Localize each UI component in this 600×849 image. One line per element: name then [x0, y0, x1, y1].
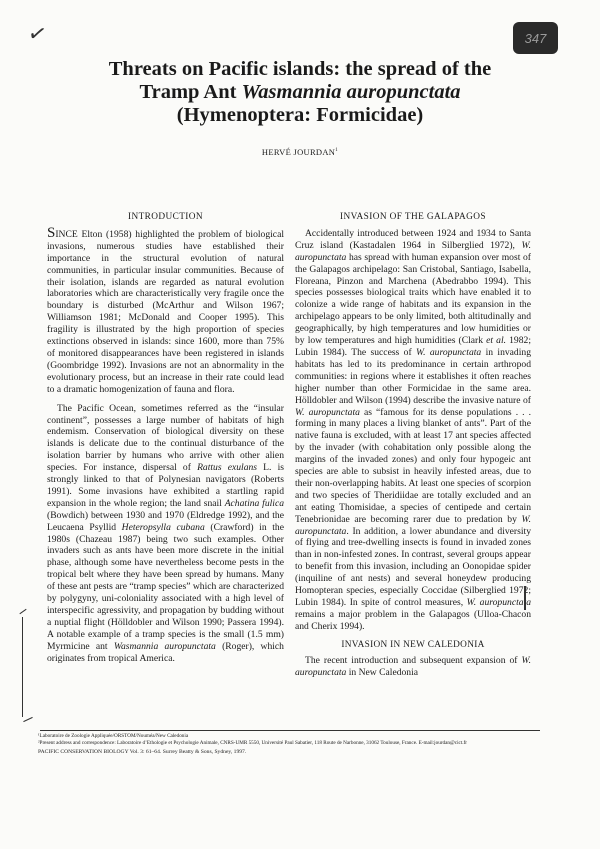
- title-line-1: Threats on Pacific islands: the spread o…: [109, 58, 491, 80]
- author-line: HERVÉ JOURDAN1: [0, 147, 600, 157]
- species-name: W. auropunctata: [416, 347, 481, 358]
- intro-p1-text: INCE Elton (1958) highlighted the proble…: [47, 229, 284, 395]
- species-name: W. auropunctata: [467, 597, 531, 608]
- text-run: (Crawford) in the 1980s (Chazeau 1987) b…: [47, 522, 284, 652]
- intro-paragraph-1: SINCE Elton (1958) highlighted the probl…: [47, 228, 284, 396]
- left-column: INTRODUCTION SINCE Elton (1958) highligh…: [47, 212, 284, 665]
- footnote-divider: [40, 730, 540, 731]
- text-run: remains a major problem in the Galapagos…: [295, 609, 531, 632]
- species-name: Wasmannia auropunctata: [114, 641, 216, 652]
- galapagos-heading: INVASION OF THE GALAPAGOS: [295, 212, 531, 224]
- handwritten-margin-line: [524, 586, 526, 610]
- new-caledonia-heading: INVASION IN NEW CALEDONIA: [295, 640, 531, 652]
- handwritten-bracket-mark: [22, 617, 35, 717]
- intro-paragraph-2: The Pacific Ocean, sometimes referred as…: [47, 403, 284, 665]
- text-run: as “famous for its dense populations . .…: [295, 407, 531, 525]
- text-run: The recent introduction and subsequent e…: [305, 655, 521, 666]
- text-run: has spread with human expansion over mos…: [295, 252, 531, 346]
- paper-title: Threats on Pacific islands: the spread o…: [60, 58, 540, 127]
- footnotes: ¹Laboratoire de Zoologie Appliquée/ORSTO…: [38, 733, 578, 756]
- author-footnote-mark: 1: [335, 148, 338, 153]
- galapagos-paragraph: Accidentally introduced between 1924 and…: [295, 228, 531, 633]
- species-name: Rattus exulans: [197, 462, 257, 473]
- title-line-3: (Hymenoptera: Formicidae): [177, 104, 424, 126]
- species-name: Heteropsylla cubana: [122, 522, 205, 533]
- text-run: Accidentally introduced between 1924 and…: [295, 228, 531, 251]
- title-line-2-prefix: Tramp Ant: [139, 81, 241, 103]
- author-name: HERVÉ JOURDAN: [262, 147, 335, 157]
- handwritten-check-icon: ✓: [26, 20, 49, 48]
- text-run: in New Caledonia: [346, 667, 418, 678]
- species-name: W. auropunctata: [295, 407, 360, 418]
- species-name: Achatina fulica: [225, 498, 284, 509]
- page-number-stamp: 347: [513, 22, 558, 54]
- right-column: INVASION OF THE GALAPAGOS Accidentally i…: [295, 212, 531, 678]
- et-al: et al.: [486, 335, 506, 346]
- introduction-heading: INTRODUCTION: [47, 212, 284, 224]
- title-species-name: Wasmannia auropunctata: [242, 81, 461, 103]
- journal-citation: PACIFIC CONSERVATION BIOLOGY Vol. 3: 61–…: [38, 749, 578, 756]
- text-run: . In addition, a lower abundance and div…: [295, 526, 531, 608]
- footnote-2: ²Present address and correspondence: Lab…: [38, 740, 578, 747]
- new-caledonia-paragraph: The recent introduction and subsequent e…: [295, 655, 531, 679]
